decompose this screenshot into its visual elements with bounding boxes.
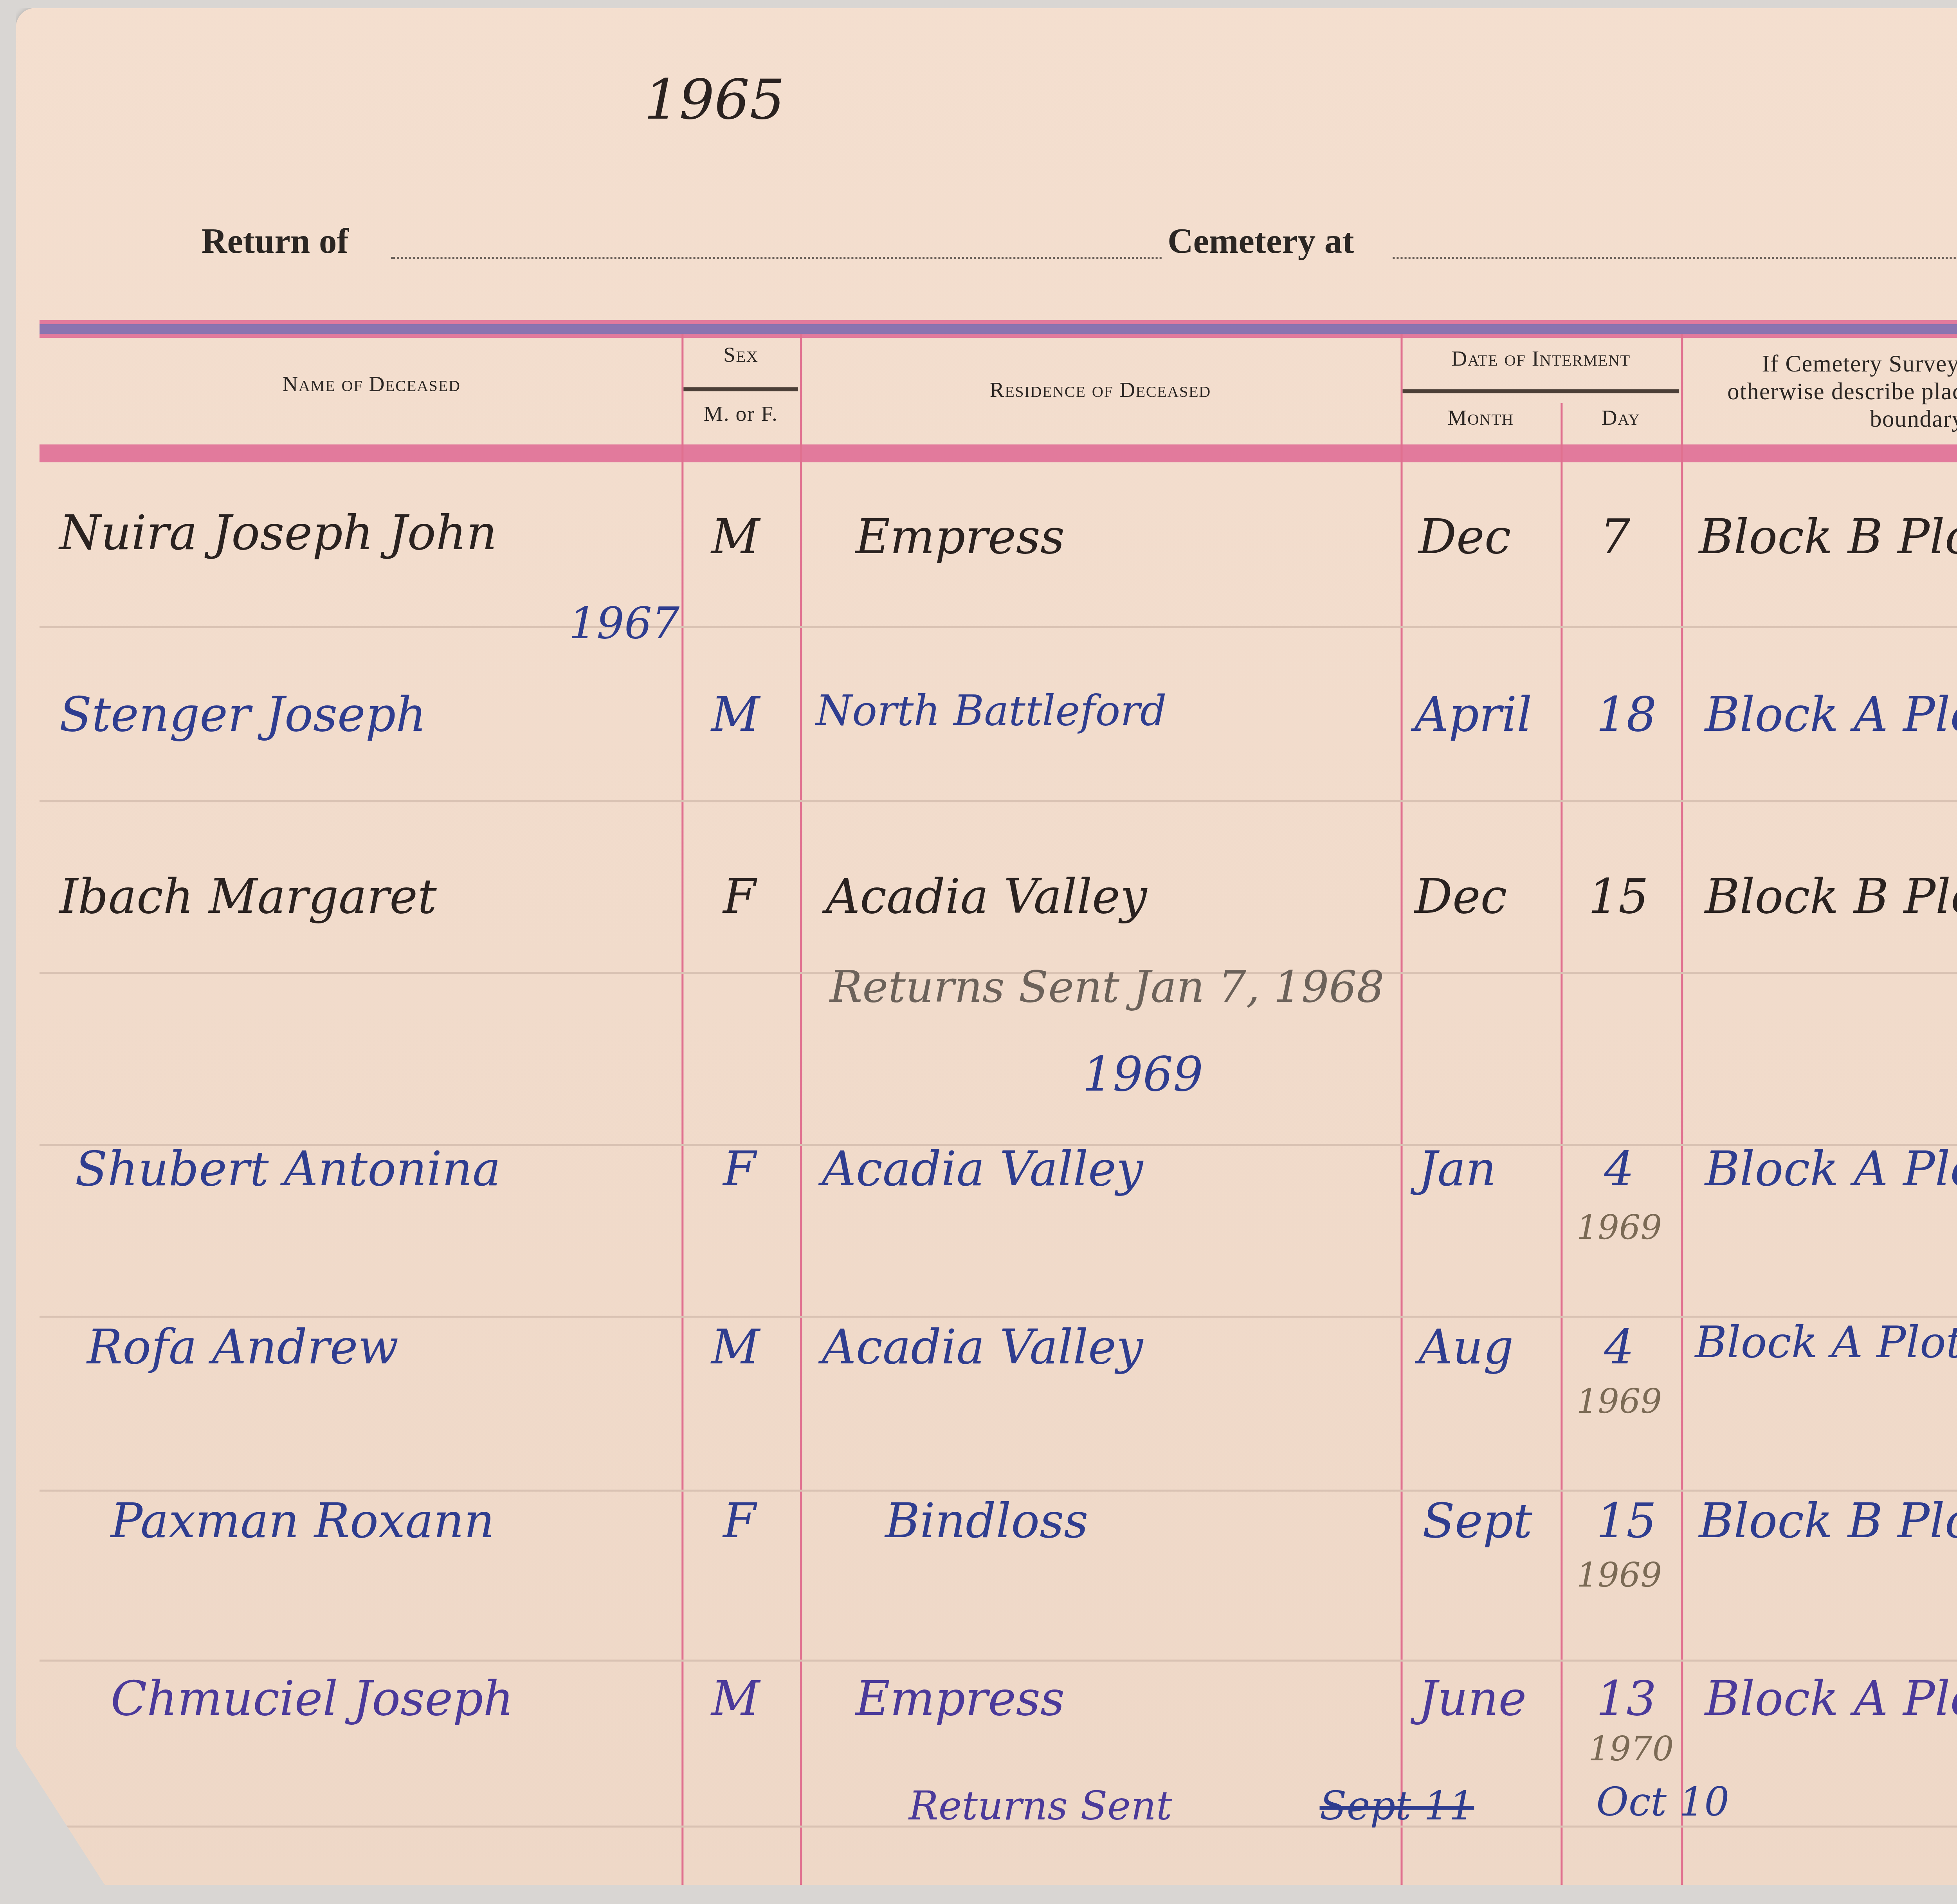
return-of-field [391,257,1161,259]
cemetery-at-field [1393,257,1957,259]
ledger-page: 1965 Return of Cemetery at for Quarter e… [16,8,1957,1885]
entry-1-month: Dec [1418,510,1511,565]
ruled-line [40,800,1957,802]
entry-7-lot: Block A Plot 30 [1705,1671,1957,1727]
entry-7-name: Chmuciel Joseph [111,1671,514,1727]
col-header-lot: If Cemetery Surveyed State Number of Lot… [1711,352,1957,433]
col-header-residence: Residence of Deceased [800,379,1400,404]
sex-subrule [683,387,798,391]
col-header-name: Name of Deceased [115,373,628,398]
ruled-line [40,1490,1957,1492]
annotation-returns-sent-struck: Sept 11 [1320,1782,1474,1830]
entry-6-month: Sept [1422,1494,1532,1549]
entry-4-day: 4 [1604,1142,1634,1197]
header-bottom-rule [40,445,1957,462]
entry-6-sex: F [723,1494,756,1549]
col-header-sex: Sex [681,344,800,369]
entry-4-day-year: 1969 [1577,1209,1662,1249]
entry-5-lot: Block A Plot 37 [1695,1320,1957,1369]
entry-7-residence: Empress [855,1671,1065,1727]
annotation-returns-sent-1968: Returns Sent Jan 7, 1968 [830,964,1384,1013]
entry-7-sex: M [711,1671,760,1727]
col-header-month: Month [1400,407,1561,432]
entry-6-lot: Block B Plot 19 [1699,1494,1957,1549]
date-subrule [1403,389,1679,393]
entry-5-day-year: 1969 [1577,1383,1662,1423]
entry-1-name: Nuira Joseph John [59,506,497,561]
entry-4-month: Jan [1418,1142,1496,1197]
ruled-line [40,1316,1957,1318]
col-header-sex-sub: M. or F. [681,403,800,428]
entry-3-name: Ibach Margaret [59,869,436,925]
ruled-line [40,1660,1957,1662]
col-divider [800,334,802,1885]
return-of-label: Return of [202,221,349,263]
entry-3-lot: Block B Plot 26 [1705,869,1957,925]
entry-2-month: April [1415,687,1532,743]
document-scan: 1965 Return of Cemetery at for Quarter e… [0,0,1957,1904]
entry-6-name: Paxman Roxann [111,1494,495,1549]
col-header-date: Date of Interment [1400,348,1681,373]
entry-4-residence: Acadia Valley [822,1142,1143,1197]
entry-2-lot: Block A Plot 28 [1705,687,1957,743]
entry-5-residence: Acadia Valley [822,1320,1143,1375]
col-header-day: Day [1561,407,1681,432]
entry-7-month: June [1418,1671,1526,1727]
annotation-returns-sent: Returns Sent [909,1782,1172,1830]
entry-6-day-year: 1969 [1577,1557,1662,1596]
entry-6-residence: Bindloss [885,1494,1088,1549]
col-divider [1681,334,1683,1885]
entry-4-name: Shubert Antonina [75,1142,501,1197]
entry-6-day: 15 [1596,1494,1656,1549]
entry-2-residence: North Battleford [816,687,1166,735]
entry-2-sex: M [711,687,760,743]
annotation-returns-sent-date: Oct 10 [1596,1778,1729,1825]
entry-1-sex: M [711,510,760,565]
entry-3-residence: Acadia Valley [826,869,1147,925]
entry-1-residence: Empress [855,510,1065,565]
entry-3-sex: F [723,869,756,925]
entry-2-day: 18 [1596,687,1656,743]
col-divider [681,334,683,1885]
table-top-rule [40,320,1957,338]
entry-1-day: 7 [1600,510,1630,565]
annotation-year-1969: 1969 [1083,1047,1203,1102]
col-divider [1400,334,1402,1885]
entry-7-day: 13 [1596,1671,1656,1727]
entry-5-day: 4 [1604,1320,1634,1375]
entry-5-name: Rofa Andrew [87,1320,398,1375]
entry-3-month: Dec [1415,869,1507,925]
annotation-year-1967: 1967 [569,600,680,650]
entry-3-day: 15 [1588,869,1649,925]
entry-2-name: Stenger Joseph [59,687,426,743]
entry-4-lot: Block A Plot 73 [1705,1142,1957,1197]
ruled-line [40,626,1957,628]
entry-4-sex: F [723,1142,756,1197]
annotated-year: 1965 [644,67,785,133]
cemetery-at-label: Cemetery at [1168,221,1354,263]
entry-5-sex: M [711,1320,760,1375]
entry-5-month: Aug [1418,1320,1514,1375]
entry-1-lot: Block B Plot 97 [1699,510,1957,565]
entry-7-day-year: 1970 [1588,1731,1674,1770]
